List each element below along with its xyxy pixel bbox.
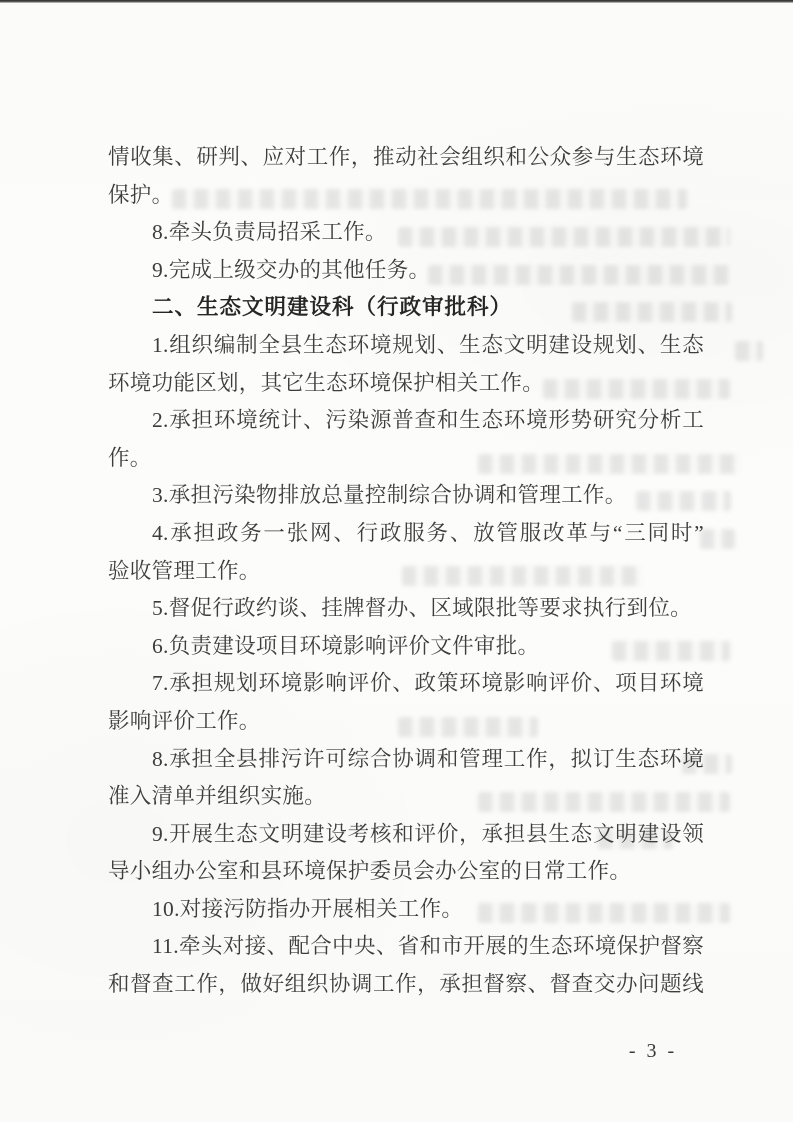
paragraph: 4.承担政务一张网、行政服务、放管服改革与“三同时”验收管理工作。	[108, 515, 704, 590]
paragraph: 情收集、研判、应对工作，推动社会组织和公众参与生态环境保护。	[108, 139, 704, 214]
paragraph: 7.承担规划环境影响评价、政策环境影响评价、项目环境影响评价工作。	[108, 665, 704, 740]
paragraph: 6.负责建设项目环境影响评价文件审批。	[108, 628, 704, 666]
text-line: 导小组办公室和县环境保护委员会办公室的日常工作。	[108, 853, 704, 891]
text-line: 和督查工作，做好组织协调工作，承担督察、督查交办问题线	[108, 966, 704, 1004]
text-line: 9.完成上级交办的其他任务。	[108, 252, 704, 290]
text-line: 5.督促行政约谈、挂牌督办、区域限批等要求执行到位。	[108, 590, 704, 628]
bleedthrough-artifact	[700, 529, 735, 549]
page-number: - 3 -	[613, 1040, 693, 1063]
text-line: 作。	[108, 440, 704, 478]
text-line: 1.组织编制全县生态环境规划、生态文明建设规划、生态	[108, 327, 704, 365]
paragraph: 2.承担环境统计、污染源普查和生态环境形势研究分析工作。	[108, 402, 704, 477]
text-line: 9.开展生态文明建设考核和评价，承担县生态文明建设领	[108, 816, 704, 854]
text-line: 二、生态文明建设科（行政审批科）	[108, 289, 704, 327]
text-line: 8.牵头负责局招采工作。	[108, 214, 704, 252]
section-heading: 二、生态文明建设科（行政审批科）	[108, 289, 704, 327]
text-line: 6.负责建设项目环境影响评价文件审批。	[108, 628, 704, 666]
paragraph: 8.牵头负责局招采工作。	[108, 214, 704, 252]
scanned-document-page: 情收集、研判、应对工作，推动社会组织和公众参与生态环境保护。8.牵头负责局招采工…	[0, 0, 793, 1122]
text-line: 验收管理工作。	[108, 553, 704, 591]
text-line: 3.承担污染物排放总量控制综合协调和管理工作。	[108, 477, 704, 515]
text-line: 影响评价工作。	[108, 703, 704, 741]
text-line: 11.牵头对接、配合中央、省和市开展的生态环境保护督察	[108, 928, 704, 966]
text-line: 8.承担全县排污许可综合协调和管理工作，拟订生态环境	[108, 741, 704, 779]
text-line: 2.承担环境统计、污染源普查和生态环境形势研究分析工	[108, 402, 704, 440]
text-line: 保护。	[108, 177, 704, 215]
paragraph: 9.开展生态文明建设考核和评价，承担县生态文明建设领导小组办公室和县环境保护委员…	[108, 816, 704, 891]
document-body: 情收集、研判、应对工作，推动社会组织和公众参与生态环境保护。8.牵头负责局招采工…	[108, 139, 704, 1004]
scanned-document: { "page": { "number_label": "- 3 -" }, "…	[0, 0, 793, 1122]
text-line: 10.对接污防指办开展相关工作。	[108, 891, 704, 929]
scan-edge-artifact	[0, 0, 793, 3]
paragraph: 10.对接污防指办开展相关工作。	[108, 891, 704, 929]
text-line: 准入清单并组织实施。	[108, 778, 704, 816]
paragraph: 11.牵头对接、配合中央、省和市开展的生态环境保护督察和督查工作，做好组织协调工…	[108, 928, 704, 1003]
paragraph: 5.督促行政约谈、挂牌督办、区域限批等要求执行到位。	[108, 590, 704, 628]
paragraph: 9.完成上级交办的其他任务。	[108, 252, 704, 290]
text-line: 7.承担规划环境影响评价、政策环境影响评价、项目环境	[108, 665, 704, 703]
paragraph: 1.组织编制全县生态环境规划、生态文明建设规划、生态环境功能区划，其它生态环境保…	[108, 327, 704, 402]
text-line: 4.承担政务一张网、行政服务、放管服改革与“三同时”	[108, 515, 704, 553]
bleedthrough-artifact	[735, 341, 763, 361]
text-line: 情收集、研判、应对工作，推动社会组织和公众参与生态环境	[108, 139, 704, 177]
paragraph: 8.承担全县排污许可综合协调和管理工作，拟订生态环境准入清单并组织实施。	[108, 741, 704, 816]
paragraph: 3.承担污染物排放总量控制综合协调和管理工作。	[108, 477, 704, 515]
text-line: 环境功能区划，其它生态环境保护相关工作。	[108, 365, 704, 403]
